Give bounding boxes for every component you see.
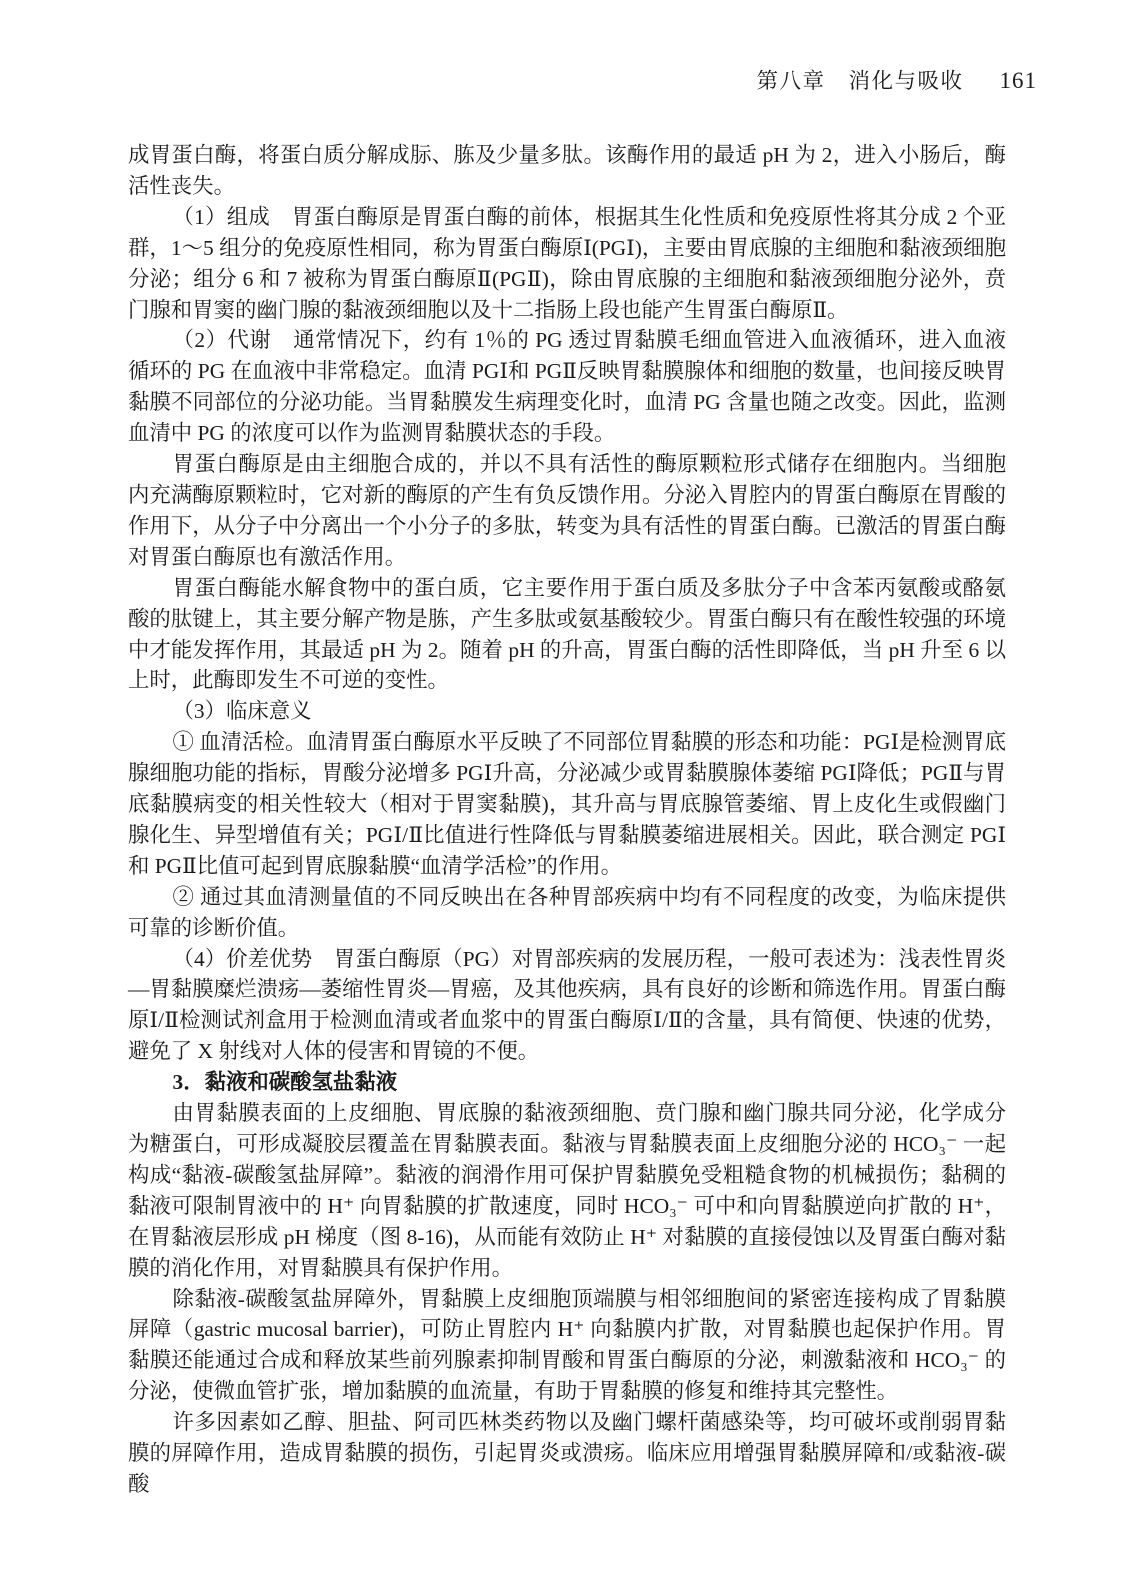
textbook-page: 第八章 消化与吸收161 成胃蛋白酶，将蛋白质分解成䏡、胨及少量多肽。该酶作用的… (0, 0, 1127, 1570)
paragraph-clinical-significance-heading: （3）临床意义 (128, 696, 1006, 727)
paragraph-pepsin-continuation: 成胃蛋白酶，将蛋白质分解成䏡、胨及少量多肽。该酶作用的最适 pH 为 2，进入小… (128, 140, 1006, 202)
paragraph-serum-measurement: ② 通过其血清测量值的不同反映出在各种胃部疾病中均有不同程度的改变，为临床提供可… (128, 882, 1006, 944)
chapter-title: 第八章 消化与吸收 (756, 69, 963, 93)
paragraph-serum-biopsy: ① 血清活检。血清胃蛋白酶原水平反映了不同部位胃黏膜的形态和功能：PGⅠ是检测胃… (128, 727, 1006, 882)
paragraph-pepsin-function: 胃蛋白酶能水解食物中的蛋白质，它主要作用于蛋白质及多肽分子中含苯丙氨酸或酪氨酸的… (128, 573, 1006, 697)
paragraph-advantage: （4）价差优势 胃蛋白酶原（PG）对胃部疾病的发展历程，一般可表述为：浅表性胃炎… (128, 944, 1006, 1068)
running-header: 第八章 消化与吸收161 (0, 64, 1037, 95)
page-body: 成胃蛋白酶，将蛋白质分解成䏡、胨及少量多肽。该酶作用的最适 pH 为 2，进入小… (128, 140, 1006, 1500)
paragraph-barrier-damage: 许多因素如乙醇、胆盐、阿司匹林类药物以及幽门螺杆菌感染等，均可破坏或削弱胃黏膜的… (128, 1407, 1006, 1500)
paragraph-pepsinogen-synthesis: 胃蛋白酶原是由主细胞合成的，并以不具有活性的酶原颗粒形式储存在细胞内。当细胞内充… (128, 449, 1006, 573)
paragraph-metabolism: （2）代谢 通常情况下，约有 1％的 PG 透过胃黏膜毛细血管进入血液循环，进入… (128, 325, 1006, 449)
paragraph-mucus-barrier: 由胃黏膜表面的上皮细胞、胃底腺的黏液颈细胞、贲门腺和幽门腺共同分泌，化学成分为糖… (128, 1098, 1006, 1283)
paragraph-composition: （1）组成 胃蛋白酶原是胃蛋白酶的前体，根据其生化性质和免疫原性将其分成 2 个… (128, 202, 1006, 326)
page-number: 161 (1000, 68, 1038, 94)
section-heading-mucus-bicarbonate: 3．黏液和碳酸氢盐黏液 (128, 1067, 1006, 1098)
paragraph-mucosal-barrier: 除黏液-碳酸氢盐屏障外，胃黏膜上皮细胞顶端膜与相邻细胞间的紧密连接构成了胃黏膜屏… (128, 1284, 1006, 1408)
